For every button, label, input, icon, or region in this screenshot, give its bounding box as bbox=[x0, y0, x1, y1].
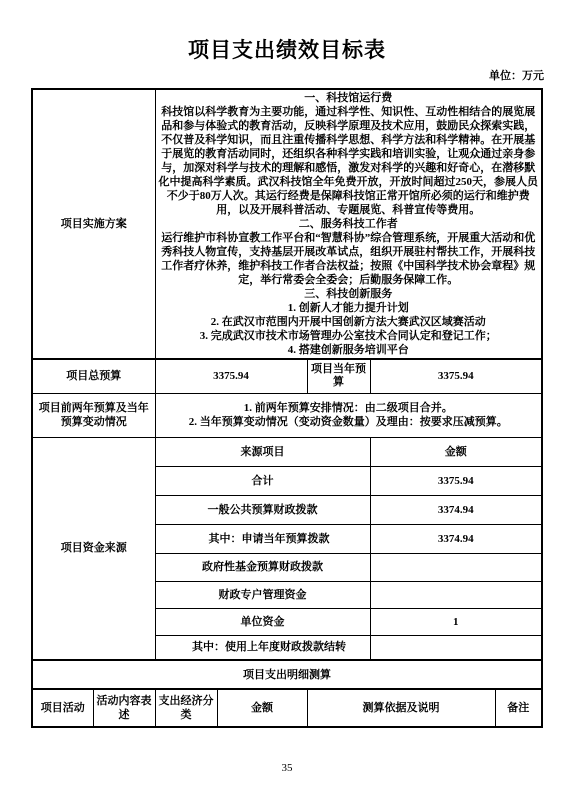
prior-years-label: 项目前两年预算及当年预算变动情况 bbox=[32, 393, 155, 437]
total-budget-row: 项目总预算 3375.94 项目当年预 算 3375.94 bbox=[32, 359, 542, 393]
funding-source-label: 一般公共预算财政拨款 bbox=[155, 495, 370, 524]
funding-amount-header: 金额 bbox=[370, 437, 542, 466]
funding-label: 项目资金来源 bbox=[32, 437, 155, 660]
funding-header-row: 项目资金来源 来源项目 金额 bbox=[32, 437, 542, 466]
detail-col-activity: 项目活动 bbox=[32, 689, 93, 727]
funding-amount bbox=[370, 635, 542, 660]
implementation-label: 项目实施方案 bbox=[32, 89, 155, 359]
funding-source-label: 单位资金 bbox=[155, 608, 370, 635]
detail-col-remarks: 备注 bbox=[495, 689, 542, 727]
unit-note: 单位：万元 bbox=[489, 67, 544, 83]
funding-source-label: 其中：使用上年度财政拨款结转 bbox=[155, 635, 370, 660]
page-number: 35 bbox=[0, 762, 574, 774]
prior-years-row: 项目前两年预算及当年预算变动情况 1. 前两年预算安排情况：由二级项目合并。 2… bbox=[32, 393, 542, 437]
detail-section-title-row: 项目支出明细测算 bbox=[32, 660, 542, 689]
funding-source-label: 其中：申请当年预算拨款 bbox=[155, 524, 370, 553]
total-budget-value: 3375.94 bbox=[155, 359, 307, 393]
funding-source-label: 合计 bbox=[155, 466, 370, 495]
funding-amount bbox=[370, 581, 542, 608]
current-year-budget-value: 3375.94 bbox=[370, 359, 542, 393]
funding-source-label: 财政专户管理资金 bbox=[155, 581, 370, 608]
funding-source-header: 来源项目 bbox=[155, 437, 370, 466]
funding-amount bbox=[370, 553, 542, 581]
detail-col-amount: 金额 bbox=[217, 689, 307, 727]
detail-col-activity-description: 活动内容表述 bbox=[93, 689, 155, 727]
funding-amount: 3374.94 bbox=[370, 495, 542, 524]
total-budget-label: 项目总预算 bbox=[32, 359, 155, 393]
budget-table: 项目实施方案 一、科技馆运行费 科技馆以科学教育为主要功能，通过科学性、知识性、… bbox=[31, 88, 543, 728]
prior-years-content: 1. 前两年预算安排情况：由二级项目合并。 2. 当年预算变动情况（变动资金数量… bbox=[155, 393, 542, 437]
detail-col-expense-class: 支出经济分类 bbox=[155, 689, 217, 727]
funding-amount: 3375.94 bbox=[370, 466, 542, 495]
current-year-budget-label: 项目当年预 算 bbox=[307, 359, 370, 393]
funding-amount: 1 bbox=[370, 608, 542, 635]
implementation-row: 项目实施方案 一、科技馆运行费 科技馆以科学教育为主要功能，通过科学性、知识性、… bbox=[32, 89, 542, 359]
detail-header-row: 项目活动 活动内容表述 支出经济分类 金额 测算依据及说明 备注 bbox=[32, 689, 542, 727]
page-title: 项目支出绩效目标表 bbox=[0, 34, 574, 64]
detail-col-calc-basis: 测算依据及说明 bbox=[307, 689, 495, 727]
funding-source-label: 政府性基金预算财政拨款 bbox=[155, 553, 370, 581]
funding-amount: 3374.94 bbox=[370, 524, 542, 553]
implementation-content: 一、科技馆运行费 科技馆以科学教育为主要功能，通过科学性、知识性、互动性相结合的… bbox=[155, 89, 542, 359]
detail-section-title: 项目支出明细测算 bbox=[32, 660, 542, 689]
